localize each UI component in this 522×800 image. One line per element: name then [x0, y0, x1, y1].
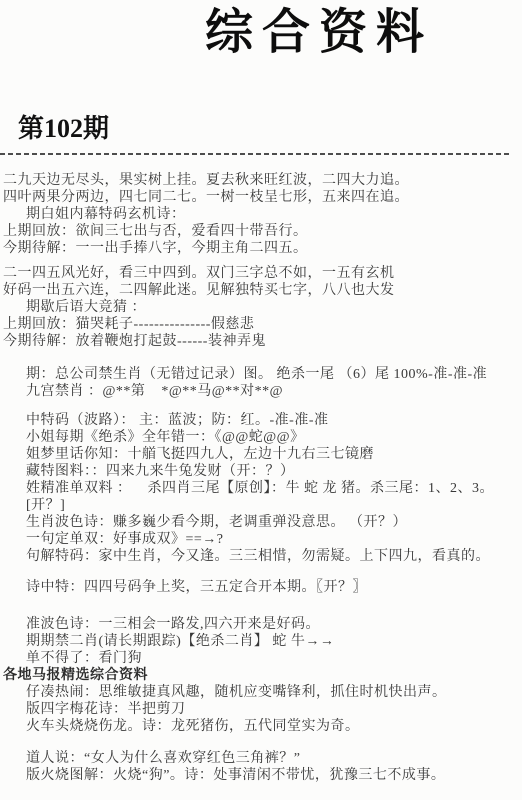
text-line: 期白姐内幕特码玄机诗： — [0, 206, 522, 223]
text-line: 四叶两果分两边，四七同二七。一树一枝呈七形，五来四在追。 — [0, 189, 522, 206]
text-line: 好码一出五六连，二四解此迷。见解独特买七字，八八也大发 — [0, 282, 522, 299]
text-line: 期歇后语大竞猜 ： — [0, 299, 522, 316]
text-line: 藏特图料：：四来九来牛兔发财（开：？） — [0, 463, 522, 480]
text-line: 期：总公司禁生肖（无错过记录）图。 绝杀一尾 （6）尾 100%-准-准-准 — [0, 366, 522, 383]
dashed-divider — [0, 153, 510, 155]
text-line: 中特码（波路）： 主：蓝波；防：红。-准-准-准 — [0, 412, 522, 429]
text-line: 姐梦里话你知：十艏飞挺四九人，左边十九右三七镜磨 — [0, 446, 522, 463]
text-line: 九宫禁肖 ：@**第 *@**马@**对**@ — [0, 383, 522, 400]
text-line: 上期回放：猫哭耗子---------------假慈悲 — [0, 316, 522, 333]
text-line: 诗中特：四四号码争上奖，三五定合开本期。〖开？〗 — [0, 579, 522, 596]
text-line: 句解特码：家中生肖，今又逢。三三相惜，勿需疑。上下四九，看真的。 — [0, 548, 522, 565]
text-line: 一句定单双：好事成双》==→? — [0, 531, 522, 548]
text-line: 今期待解：一一出手捧八字，今期主角二四五。 — [0, 240, 522, 257]
document-page: 综合资料 第102期 二九天边无尽头，果实树上挂。夏去秋来旺红波，二四大力追。四… — [0, 0, 522, 800]
text-line: 火车头烧烧伤龙。诗：龙死猪伤，五代同堂实为奇。 — [0, 718, 522, 735]
text-line: 上期回放：欲间三七出与否，爱看四十带吾行。 — [0, 223, 522, 240]
text-line: 生肖波色诗：赚多巍少看今期，老调重弹没意思。 （开？） — [0, 514, 522, 531]
text-line: 二九天边无尽头，果实树上挂。夏去秋来旺红波，二四大力追。 — [0, 172, 522, 189]
document-body: 二九天边无尽头，果实树上挂。夏去秋来旺红波，二四大力追。四叶两果分两边，四七同二… — [0, 172, 522, 784]
text-line: 姓精准单双料 ： 杀四肖三尾【原创】：牛 蛇 龙 猪。杀三尾：1、2、3。[开？… — [0, 480, 522, 514]
text-line: 版四字梅花诗：半把剪刀 — [0, 701, 522, 718]
text-line: 今期待解：放着鞭炮打起鼓------装神弄鬼 — [0, 333, 522, 350]
text-line: 小姐每期《绝杀》全年错一：《@@蛇@@》 — [0, 429, 522, 446]
text-line: 仔凑热闹：思维敏捷真风趣，随机应变嘴锋利，抓住时机快出声。 — [0, 684, 522, 701]
text-line: 二一四五风光好，看三中四到。双门三字总不如，一五有玄机 — [0, 265, 522, 282]
page-title: 综合资料 — [205, 4, 433, 62]
text-line: 版火烧图解：火烧“狗”。诗：处事清闲不带忧，犹豫三七不成事。 — [0, 767, 522, 784]
issue-heading: 第102期 — [18, 114, 522, 144]
text-line: 各地马报精选综合资料 — [0, 667, 522, 684]
text-line: 道人说：“女人为什么喜欢穿红色三角裤？” — [0, 750, 522, 767]
text-line: 单不得了：看门狗 — [0, 650, 522, 667]
text-line: 准波色诗：一三相会一路发,四六开来是好码。 — [0, 616, 522, 633]
text-line: 期期禁二肖(请长期跟踪)【绝杀二肖】 蛇 牛→→ — [0, 633, 522, 650]
